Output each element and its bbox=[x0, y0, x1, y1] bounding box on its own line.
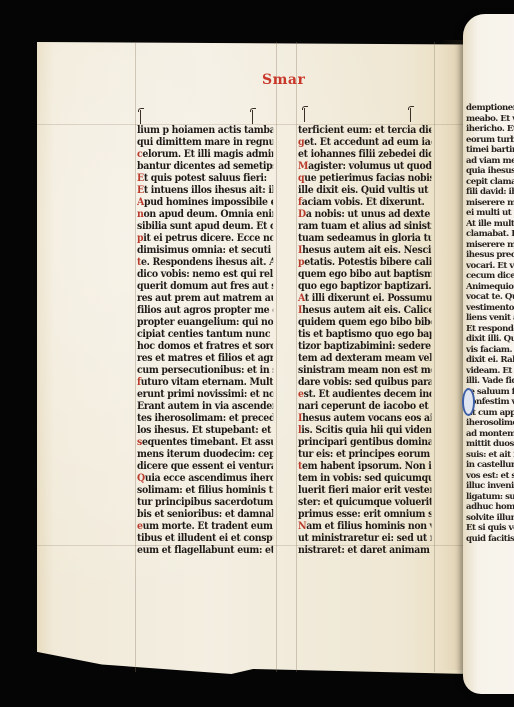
text-line: luerit fieri maior erit vester mini bbox=[298, 484, 431, 496]
text-line: lium p hoiamen actis tambar: bbox=[137, 124, 273, 136]
text-line: celorum. Et illi magis admira bbox=[137, 148, 273, 160]
text-line: res et matres et filios et agros bbox=[137, 352, 273, 364]
text-line: bantur dicentes ad semetipsos. bbox=[137, 160, 273, 172]
text-line: dixit ei. Rabboni ut bbox=[466, 355, 514, 366]
text-line: dico vobis: nemo est qui reli bbox=[137, 268, 273, 280]
text-line: cepit clamare et dicere. bbox=[466, 177, 514, 188]
text-line: Animequior esto surge bbox=[466, 282, 514, 293]
text-line: eorum turba: filius bbox=[466, 135, 514, 146]
text-line: Erant autem in via ascenden bbox=[137, 400, 273, 412]
text-line: dicere que essent ei ventura. bbox=[137, 460, 273, 472]
text-line: et iohannes filii zebedei dicentes. bbox=[298, 148, 431, 160]
text-line: ihericho. Et discipulis bbox=[466, 124, 514, 135]
text-line: iherosolime et bethanie bbox=[466, 418, 514, 429]
text-line: vocari. Et vocant bbox=[466, 261, 514, 272]
text-line: miserere mei. Et comminabantur bbox=[466, 198, 514, 209]
text-line: ster: et quicumque voluerit in vobis bbox=[298, 496, 431, 508]
text-line: tibus et illudent ei et conspuent bbox=[137, 532, 273, 544]
text-line: solimam: et filius hominis trade bbox=[137, 484, 273, 496]
text-line: bis et senioribus: et damnabunt bbox=[137, 508, 273, 520]
text-line: eum morte. Et tradent eum gen bbox=[137, 520, 273, 532]
text-line: ram tuam et alius ad sinistram bbox=[298, 220, 431, 232]
text-line: ille dixit eis. Quid vultis ut bbox=[298, 184, 431, 196]
text-column-facing-page: demptionem pro multis.meabo. Et veniunti… bbox=[466, 103, 514, 544]
text-column-left: lium p hoiamen actis tambar:qui dimittem… bbox=[137, 124, 273, 556]
text-line: vocat te. Qui proiecto bbox=[466, 292, 514, 303]
text-line: meabo. Et veniunt bbox=[466, 114, 514, 125]
text-line: liens venit ad eum. bbox=[466, 313, 514, 324]
text-line: cum persecutionibus: et in seculo bbox=[137, 364, 273, 376]
text-line: ut ministraretur ei: sed ut mi bbox=[298, 532, 431, 544]
text-line: est. Et audientes decem indig bbox=[298, 388, 431, 400]
text-line: Ihesus autem vocans eos ait il bbox=[298, 412, 431, 424]
text-line: Et respondens ihesus bbox=[466, 324, 514, 335]
text-line: Et intuens illos ihesus ait: illis bbox=[137, 184, 273, 196]
pen-flourish-mark bbox=[410, 108, 411, 122]
text-line: qui dimittem mare in regnum bbox=[137, 136, 273, 148]
text-line: miserere mei. Et stans bbox=[466, 240, 514, 251]
text-line: Et si quis vobis dixerit bbox=[466, 523, 514, 534]
text-line: illi. Vade fides tua bbox=[466, 376, 514, 387]
text-line: quid facitis: dicite quia bbox=[466, 534, 514, 545]
pen-flourish-mark bbox=[304, 108, 305, 122]
text-line: illuc invenietis pullum bbox=[466, 481, 514, 492]
pen-flourish-mark bbox=[140, 110, 141, 124]
text-line: principari gentibus dominan bbox=[298, 436, 431, 448]
text-line: querit domum aut fres aut soro bbox=[137, 280, 273, 292]
text-line: Quia ecce ascendimus ihero bbox=[137, 472, 273, 484]
text-line: lis. Scitis quia hii qui videntur bbox=[298, 424, 431, 436]
text-line: tis et baptismo quo ego bap bbox=[298, 328, 431, 340]
text-line: res aut prem aut matrem aut bbox=[137, 292, 273, 304]
text-line: vos est: et statim introeuntes bbox=[466, 471, 514, 482]
text-line: tur principibus sacerdotum et scri bbox=[137, 496, 273, 508]
text-line: At illi dixerunt ei. Possumus. bbox=[298, 292, 431, 304]
text-line: mens iterum duodecim: cepit illis bbox=[137, 448, 273, 460]
text-line: cipiat centies tantum nunc in tempe bbox=[137, 328, 273, 340]
text-line: timei bartimeus ceus. bbox=[466, 145, 514, 156]
text-line: Apud homines impossibile est: sed bbox=[137, 196, 273, 208]
text-line: At ille multo magis bbox=[466, 219, 514, 230]
text-line: terficient eum: et tercia die resur bbox=[298, 124, 431, 136]
text-line: tuam sedeamus in gloria tua. bbox=[298, 232, 431, 244]
text-line: futuro vitam eternam. Multi aut bbox=[137, 376, 273, 388]
text-line: non apud deum. Omnia enim pos bbox=[137, 208, 273, 220]
text-line: fili david: ihesu bbox=[466, 187, 514, 198]
text-line: dixit illi. Quid tibi bbox=[466, 334, 514, 345]
text-line: ad montem oliveti: bbox=[466, 429, 514, 440]
pen-flourish-mark bbox=[252, 110, 253, 124]
text-line: ihesus precepit illum bbox=[466, 250, 514, 261]
text-line: tem habent ipsorum. Non ita est au bbox=[298, 460, 431, 472]
text-line: sinistram meam non est meum bbox=[298, 364, 431, 376]
ruling-line-right-margin bbox=[434, 42, 435, 672]
text-line: hoc domos et fratres et soro bbox=[137, 340, 273, 352]
text-line: sequentes timebant. Et assu bbox=[137, 436, 273, 448]
text-line: get. Et accedunt ad eum iacobus bbox=[298, 136, 431, 148]
text-line: mittit duos ex discipulis bbox=[466, 439, 514, 450]
text-line: ad viam mendicans. bbox=[466, 156, 514, 167]
text-line: Nam et filius hominis non venit bbox=[298, 520, 431, 532]
text-line: primus esse: erit omnium servus. bbox=[298, 508, 431, 520]
rubricated-initial: Q bbox=[137, 472, 145, 484]
text-line: Magister: volumus ut quodcum bbox=[298, 160, 431, 172]
text-line: faciam vobis. Et dixerunt. bbox=[298, 196, 431, 208]
text-line: dare vobis: sed quibus paratum bbox=[298, 376, 431, 388]
text-line: suis: et ait illis. Ite bbox=[466, 450, 514, 461]
rubricated-initial: N bbox=[298, 520, 306, 532]
text-line: in castellum quod contra bbox=[466, 460, 514, 471]
text-line: tem in vobis: sed quicumque vo bbox=[298, 472, 431, 484]
running-head: Smar bbox=[262, 72, 305, 88]
text-line: clamabat. Fili david bbox=[466, 229, 514, 240]
text-line: petatis. Potestis bibere calicem bbox=[298, 256, 431, 268]
text-line: tes iherosolimam: et precedebat il bbox=[137, 412, 273, 424]
text-line: vis faciam. Cecus autem bbox=[466, 345, 514, 356]
ruling-line-column-left-end bbox=[276, 42, 277, 672]
text-line: ligatum: super quem nemo bbox=[466, 492, 514, 503]
text-line: los ihesus. Et stupebant: et bbox=[137, 424, 273, 436]
text-line: que petierimus facias nobis. At bbox=[298, 172, 431, 184]
rubricated-initial: D bbox=[298, 208, 306, 220]
text-line: cecum dicentes ei. bbox=[466, 271, 514, 282]
rubricated-initial: A bbox=[137, 196, 144, 208]
text-line: Da nobis: ut unus ad dexte bbox=[298, 208, 431, 220]
text-line: nistraret: et daret animam suam re bbox=[298, 544, 431, 556]
blue-initial-icon bbox=[462, 388, 475, 416]
text-line: demptionem pro multis. bbox=[466, 103, 514, 114]
text-column-right: terficient eum: et tercia die resurget. … bbox=[298, 124, 431, 556]
text-line: dimisimus omnia: et secuti sumus bbox=[137, 244, 273, 256]
text-line: quem ego bibo aut baptismo bbox=[298, 268, 431, 280]
text-line: filios aut agros propter me et bbox=[137, 304, 273, 316]
ruling-line-left-margin bbox=[135, 42, 136, 672]
text-line: te. Respondens ihesus ait. Amen bbox=[137, 256, 273, 268]
ruling-line-column-right-start bbox=[296, 42, 297, 672]
text-line: quia ihesus nazarenus bbox=[466, 166, 514, 177]
text-line: pit ei petrus dicere. Ecce nos bbox=[137, 232, 273, 244]
text-line: solvite illum et adducite. bbox=[466, 513, 514, 524]
rubricated-initial: M bbox=[298, 160, 308, 172]
text-line: eum et flagellabunt eum: et in bbox=[137, 544, 273, 556]
text-line: adhuc hominum sedit. bbox=[466, 502, 514, 513]
text-line: quo ego baptizor baptizari. bbox=[298, 280, 431, 292]
text-line: nari ceperunt de iacobo et iohanne. bbox=[298, 400, 431, 412]
text-line: quidem quem ego bibo bibe bbox=[298, 316, 431, 328]
text-line: Ihesus autem ait eis. Calicem bbox=[298, 304, 431, 316]
text-line: vestimento suo exi bbox=[466, 303, 514, 314]
text-line: propter euangelium: qui non ac bbox=[137, 316, 273, 328]
text-line: sibilia sunt apud deum. Et ce bbox=[137, 220, 273, 232]
text-line: ei multi ut taceret. bbox=[466, 208, 514, 219]
text-line: videam. Et ihesus ait bbox=[466, 366, 514, 377]
text-line: erunt primi novissimi: et novissimi prim… bbox=[137, 388, 273, 400]
text-line: Et quis potest saluus fieri: bbox=[137, 172, 273, 184]
text-line: tur eis: et principes eorum potesta bbox=[298, 448, 431, 460]
text-line: Ihesus autem ait eis. Nescitis quid bbox=[298, 244, 431, 256]
text-line: tizor baptizabimini: sedere au bbox=[298, 340, 431, 352]
text-line: tem ad dexteram meam vel ad bbox=[298, 352, 431, 364]
